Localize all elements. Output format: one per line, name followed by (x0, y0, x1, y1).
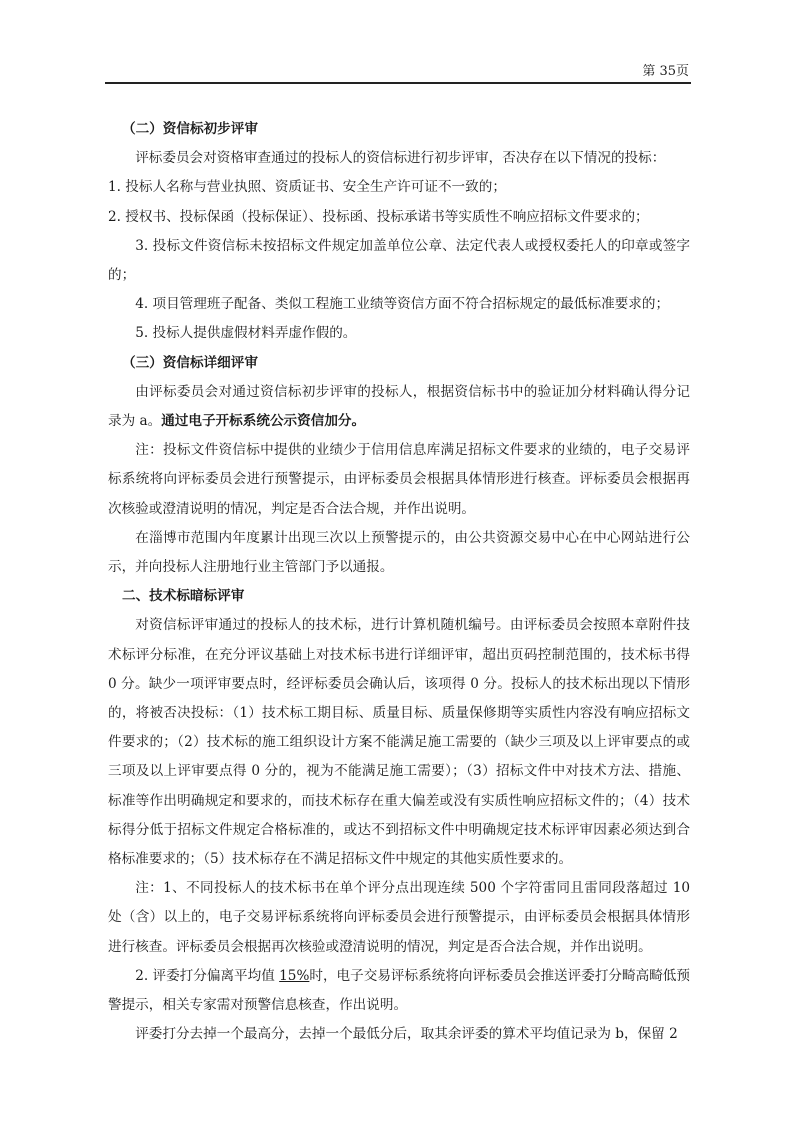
page-header: 第 35页 (105, 58, 691, 84)
paragraph-detailed-review: 由评标委员会对通过资信标初步评审的投标人，根据资信标书中的验证加分材料确认得分记… (108, 378, 690, 436)
paragraph-note-warning: 注：投标文件资信标中提供的业绩少于信用信息库满足招标文件要求的业绩的，电子交易评… (108, 436, 690, 524)
document-body: （二）资信标初步评审 评标委员会对资格审查通过的投标人的资信标进行初步评审，否决… (108, 115, 690, 1050)
paragraph-score-average: 评委打分去掉一个最高分，去掉一个最低分后，取其余评委的算术平均值记录为 b，保留… (108, 1020, 690, 1049)
list-item-3: 3. 投标文件资信标未按招标文件规定加盖单位公章、法定代表人或授权委托人的印章或… (108, 232, 690, 290)
page-number: 第 35页 (642, 60, 689, 79)
paragraph-publicity: 在淄博市范围内年度累计出现三次以上预警提示的，由公共资源交易中心在中心网站进行公… (108, 524, 690, 582)
paragraph-note-2: 2. 评委打分偏离平均值 15%时，电子交易评标系统将向评标委员会推送评委打分畸… (108, 962, 690, 1020)
list-item-1: 1. 投标人名称与营业执照、资质证书、安全生产许可证不一致的； (108, 173, 690, 202)
list-item-5: 5. 投标人提供虚假材料弄虚作假的。 (108, 319, 690, 348)
list-item-2: 2. 授权书、投标保函（投标保证）、投标函、投标承诺书等实质性不响应招标文件要求… (108, 203, 690, 232)
list-item-4: 4. 项目管理班子配备、类似工程施工业绩等资信方面不符合招标规定的最低标准要求的… (108, 290, 690, 319)
section-heading-qualification-detailed: （三）资信标详细评审 (108, 349, 690, 378)
detailed-review-bold-text: 通过电子开标系统公示资信加分。 (161, 413, 365, 429)
paragraph-note-1: 注：1、不同投标人的技术标书在单个评分点出现连续 500 个字符雷同且雷同段落超… (108, 874, 690, 962)
section-heading-qualification-preliminary: （二）资信标初步评审 (108, 115, 690, 144)
paragraph-technical-review: 对资信标评审通过的投标人的技术标，进行计算机随机编号。由评标委员会按照本章附件技… (108, 611, 690, 874)
section-heading-technical-blind: 二、技术标暗标评审 (108, 582, 690, 611)
paragraph-intro: 评标委员会对资格审查通过的投标人的资信标进行初步评审，否决存在以下情况的投标： (108, 144, 690, 173)
note-2-threshold: 15% (279, 968, 309, 984)
note-2-text-a: 2. 评委打分偏离平均值 (135, 968, 279, 984)
